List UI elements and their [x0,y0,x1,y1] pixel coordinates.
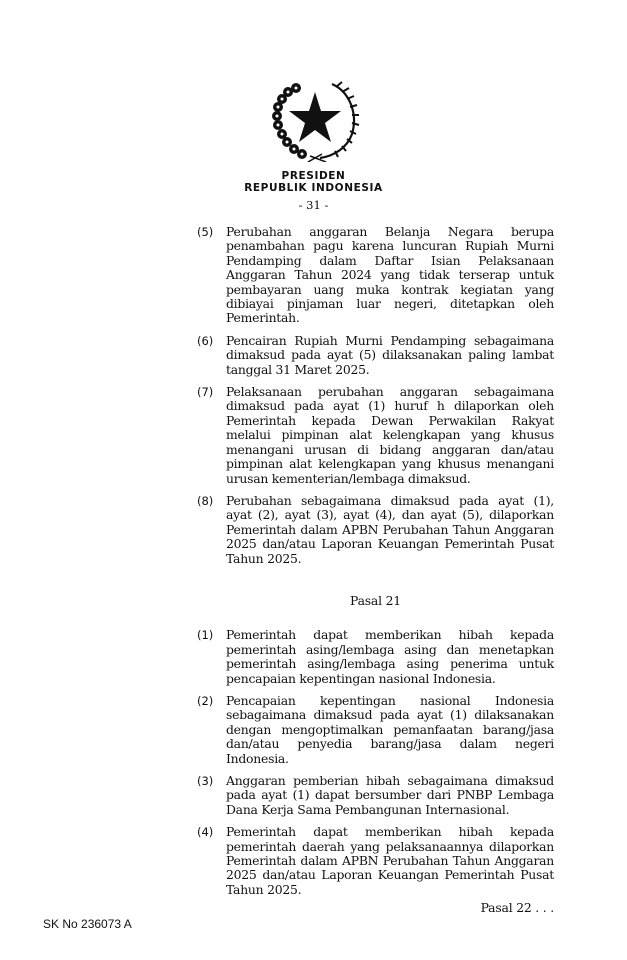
paragraph-item: (3) Anggaran pemberian hibah sebagaimana… [197,774,554,817]
paragraph-number: (4) [197,825,226,897]
paragraph-text: Anggaran pemberian hibah sebagaimana dim… [226,774,554,817]
paragraph-text: Pencapaian kepentingan nasional Indonesi… [226,694,554,766]
header-title-republik: REPUBLIK INDONESIA [0,182,627,194]
document-body: (5) Perubahan anggaran Belanja Negara be… [197,225,554,916]
paragraph-number: (2) [197,694,226,766]
paragraph-text: Perubahan sebagaimana dimaksud pada ayat… [226,494,554,566]
paragraph-text: Pemerintah dapat memberikan hibah kepada… [226,628,554,686]
paragraph-item: (5) Perubahan anggaran Belanja Negara be… [197,225,554,326]
paragraph-number: (1) [197,628,226,686]
paragraph-item: (2) Pencapaian kepentingan nasional Indo… [197,694,554,766]
paragraph-number: (8) [197,494,226,566]
paragraph-text: Pencairan Rupiah Murni Pendamping sebaga… [226,334,554,377]
paragraph-number: (7) [197,385,226,486]
presidential-emblem-icon [270,78,360,162]
paragraph-number: (6) [197,334,226,377]
article-heading: Pasal 21 [197,594,554,608]
paragraph-number: (5) [197,225,226,326]
paragraph-item: (7) Pelaksanaan perubahan anggaran sebag… [197,385,554,486]
document-serial-number: SK No 236073 A [43,917,132,931]
paragraph-item: (1) Pemerintah dapat memberikan hibah ke… [197,628,554,686]
paragraph-number: (3) [197,774,226,817]
paragraph-text: Pelaksanaan perubahan anggaran sebagaima… [226,385,554,486]
paragraph-text: Perubahan anggaran Belanja Negara berupa… [226,225,554,326]
paragraph-text: Pemerintah dapat memberikan hibah kepada… [226,825,554,897]
paragraph-item: (8) Perubahan sebagaimana dimaksud pada … [197,494,554,566]
page-number: - 31 - [0,198,627,212]
paragraph-item: (6) Pencairan Rupiah Murni Pendamping se… [197,334,554,377]
continuation-marker: Pasal 22 . . . [197,901,554,915]
paragraph-item: (4) Pemerintah dapat memberikan hibah ke… [197,825,554,897]
header-title-presiden: PRESIDEN [0,170,627,182]
